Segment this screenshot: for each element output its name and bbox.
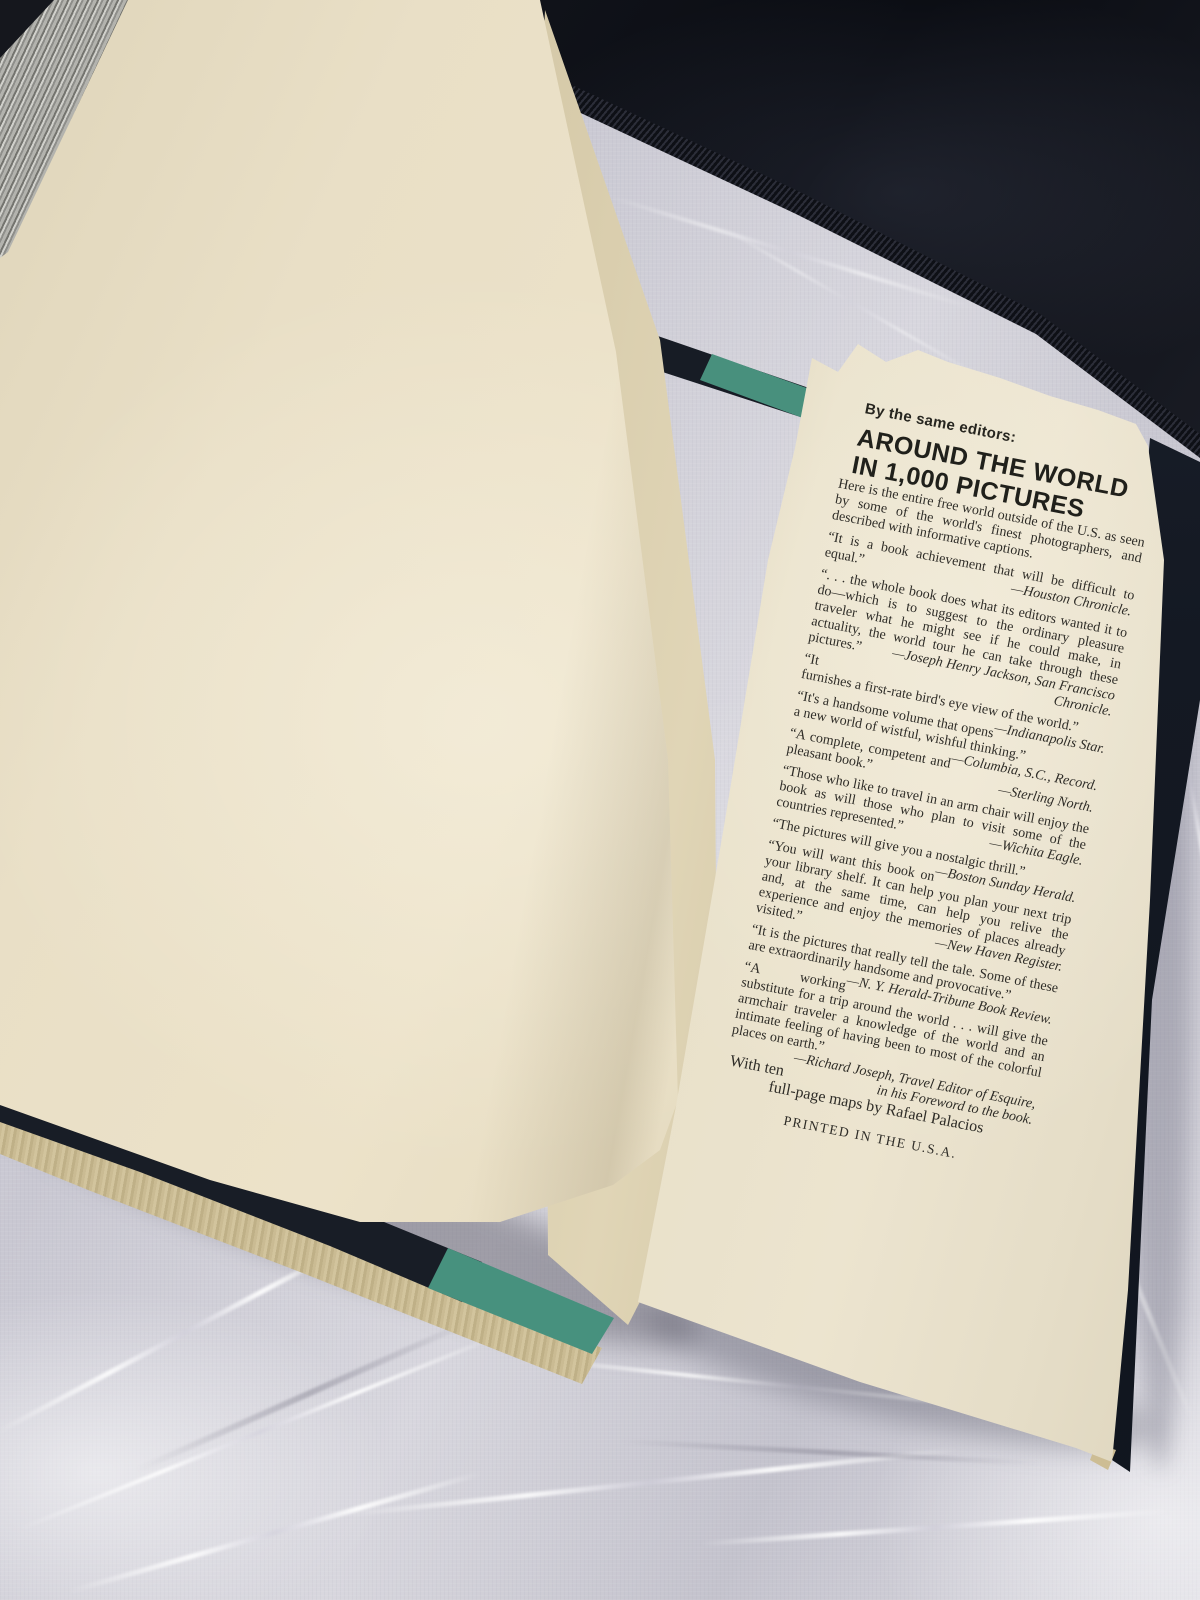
photo-scene: By the same editors: AROUND THE WORLD IN… [0,0,1200,1600]
review-quotes: “It is a book achievement that will be d… [731,530,1136,1098]
flap-text-block: By the same editors: AROUND THE WORLD IN… [716,398,1162,1175]
